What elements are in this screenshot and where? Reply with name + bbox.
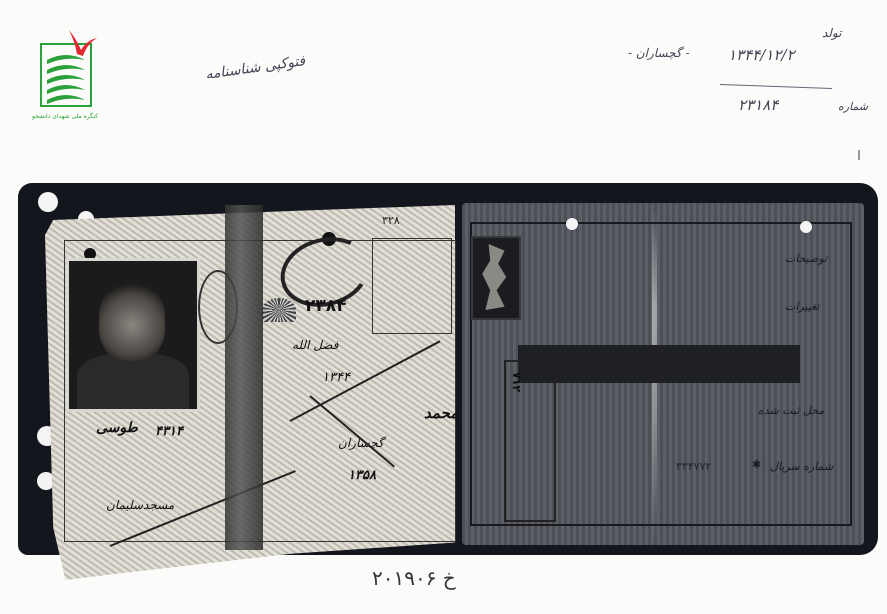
id-label: شماره (838, 100, 868, 113)
handwritten-title: فتوکپی شناسنامه (204, 53, 306, 83)
birth-place: - گچساران - (628, 46, 690, 60)
left-page-corner-box (372, 238, 452, 334)
id-number: ۲۳۱۸۴ (738, 96, 778, 114)
organization-logo (35, 28, 97, 120)
label-changes: تغییرات (785, 300, 820, 313)
label-serial: شماره سریال (770, 460, 833, 473)
field-issue-date: ۱۳۵۸ (348, 468, 376, 483)
birth-label: تولد (822, 26, 842, 40)
field-father: فضل الله (292, 338, 338, 352)
page-fold (225, 205, 263, 550)
star-icon: ✱ (752, 458, 761, 471)
lion-sun-emblem (262, 298, 296, 322)
birth-date: ۱۳۴۴/۱۲/۲ (728, 46, 795, 64)
scan-mark (858, 150, 860, 160)
punch-hole (566, 218, 578, 230)
archive-code: خ ۲۰۱۹۰۶ (372, 566, 456, 590)
serial-number: ۲۳۸۴ (305, 296, 347, 316)
label-notes: توضیحات (785, 252, 827, 265)
field-name: محمد (424, 404, 458, 422)
punch-hole (800, 221, 812, 233)
photo-body (77, 353, 189, 409)
lion-icon (479, 244, 511, 310)
field-issue-place: مسجدسلیمان (106, 498, 174, 512)
page-number: ۳۲۸ (382, 214, 400, 227)
serial-value: ۳۳۴۷۷۲ (676, 460, 711, 473)
logo-caption: کنگره ملی شهدای دانشجو (30, 113, 100, 120)
vertical-stamp-text: ۷۱۲ (510, 372, 523, 392)
punch-hole (38, 192, 58, 212)
photo-face (99, 281, 165, 361)
id-photo (66, 258, 200, 412)
divider-line (720, 84, 832, 89)
field-year: ۱۳۴۴ (322, 370, 350, 385)
lion-stamp (471, 236, 521, 320)
redaction-bar (518, 345, 800, 383)
label-place: محل ثبت شده (758, 404, 824, 417)
field-number: ۴۳۱۴ (155, 424, 183, 439)
field-surname: طوسی (96, 420, 138, 436)
